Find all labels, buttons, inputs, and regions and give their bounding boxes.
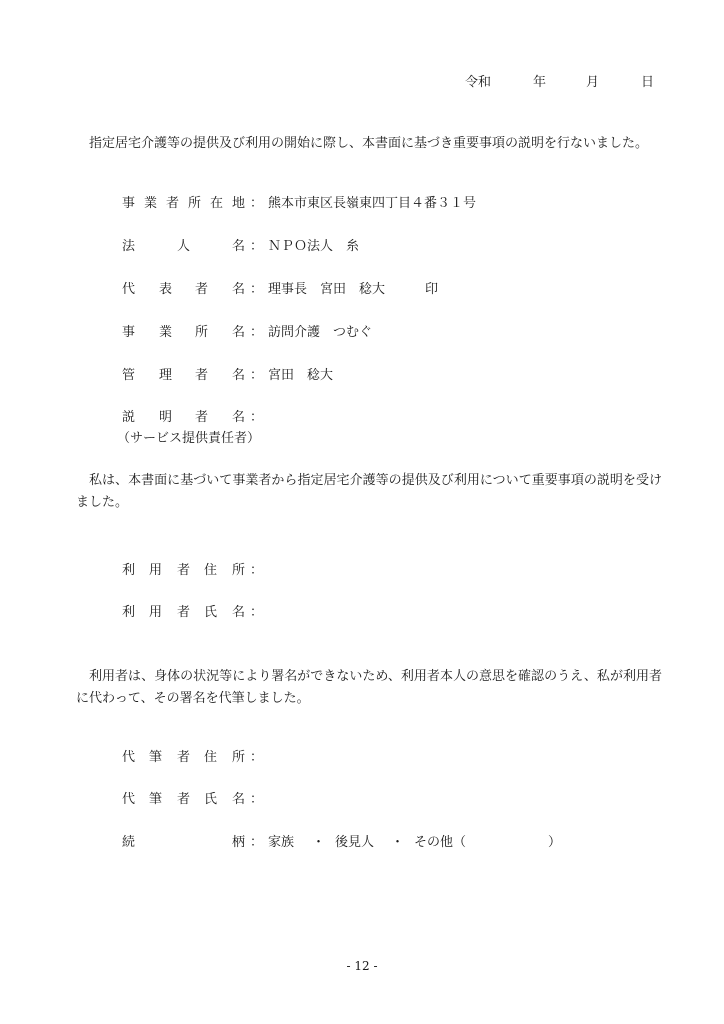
user-statement: 私は、本書面に基づいて事業者から指定居宅介護等の提供及び利用について重要事項の説… — [76, 470, 662, 514]
office-name-value: 訪問介護 つむぐ — [268, 324, 372, 342]
seal-mark: 印 — [425, 281, 438, 299]
field-relationship: 続 柄 ： 家族 ・ 後見人 ・ その他（ ） — [122, 834, 562, 852]
date-line: 令和 年 月 日 — [0, 75, 724, 91]
page-number: - 12 - — [0, 958, 724, 974]
provider-address-value: 熊本市東区長嶺東四丁目４番３１号 — [268, 195, 476, 213]
relationship-separator: ・ — [312, 834, 325, 852]
date-day-unit: 日 — [641, 75, 654, 91]
explainer-sub-label: （サービス提供責任者） — [117, 431, 260, 447]
relationship-option-other[interactable]: その他（ — [414, 834, 466, 852]
date-month-unit: 月 — [586, 75, 599, 91]
corporation-value: ＮＰＯ法人 糸 — [268, 238, 359, 256]
relationship-option-family[interactable]: 家族 — [268, 834, 294, 852]
representative-value: 理事長 宮田 稔大 — [268, 281, 385, 299]
intro-statement: 指定居宅介護等の提供及び利用の開始に際し、本書面に基づき重要事項の説明を行ないま… — [76, 133, 662, 155]
proxy-statement: 利用者は、身体の状況等により署名ができないため、利用者本人の意思を確認のうえ、私… — [76, 666, 662, 710]
date-era: 令和 — [465, 75, 491, 91]
relationship-option-guardian[interactable]: 後見人 — [335, 834, 374, 852]
relationship-separator: ・ — [391, 834, 404, 852]
manager-value: 宮田 稔大 — [268, 367, 333, 385]
relationship-other-close-paren: ） — [548, 834, 561, 852]
date-year-unit: 年 — [533, 75, 546, 91]
